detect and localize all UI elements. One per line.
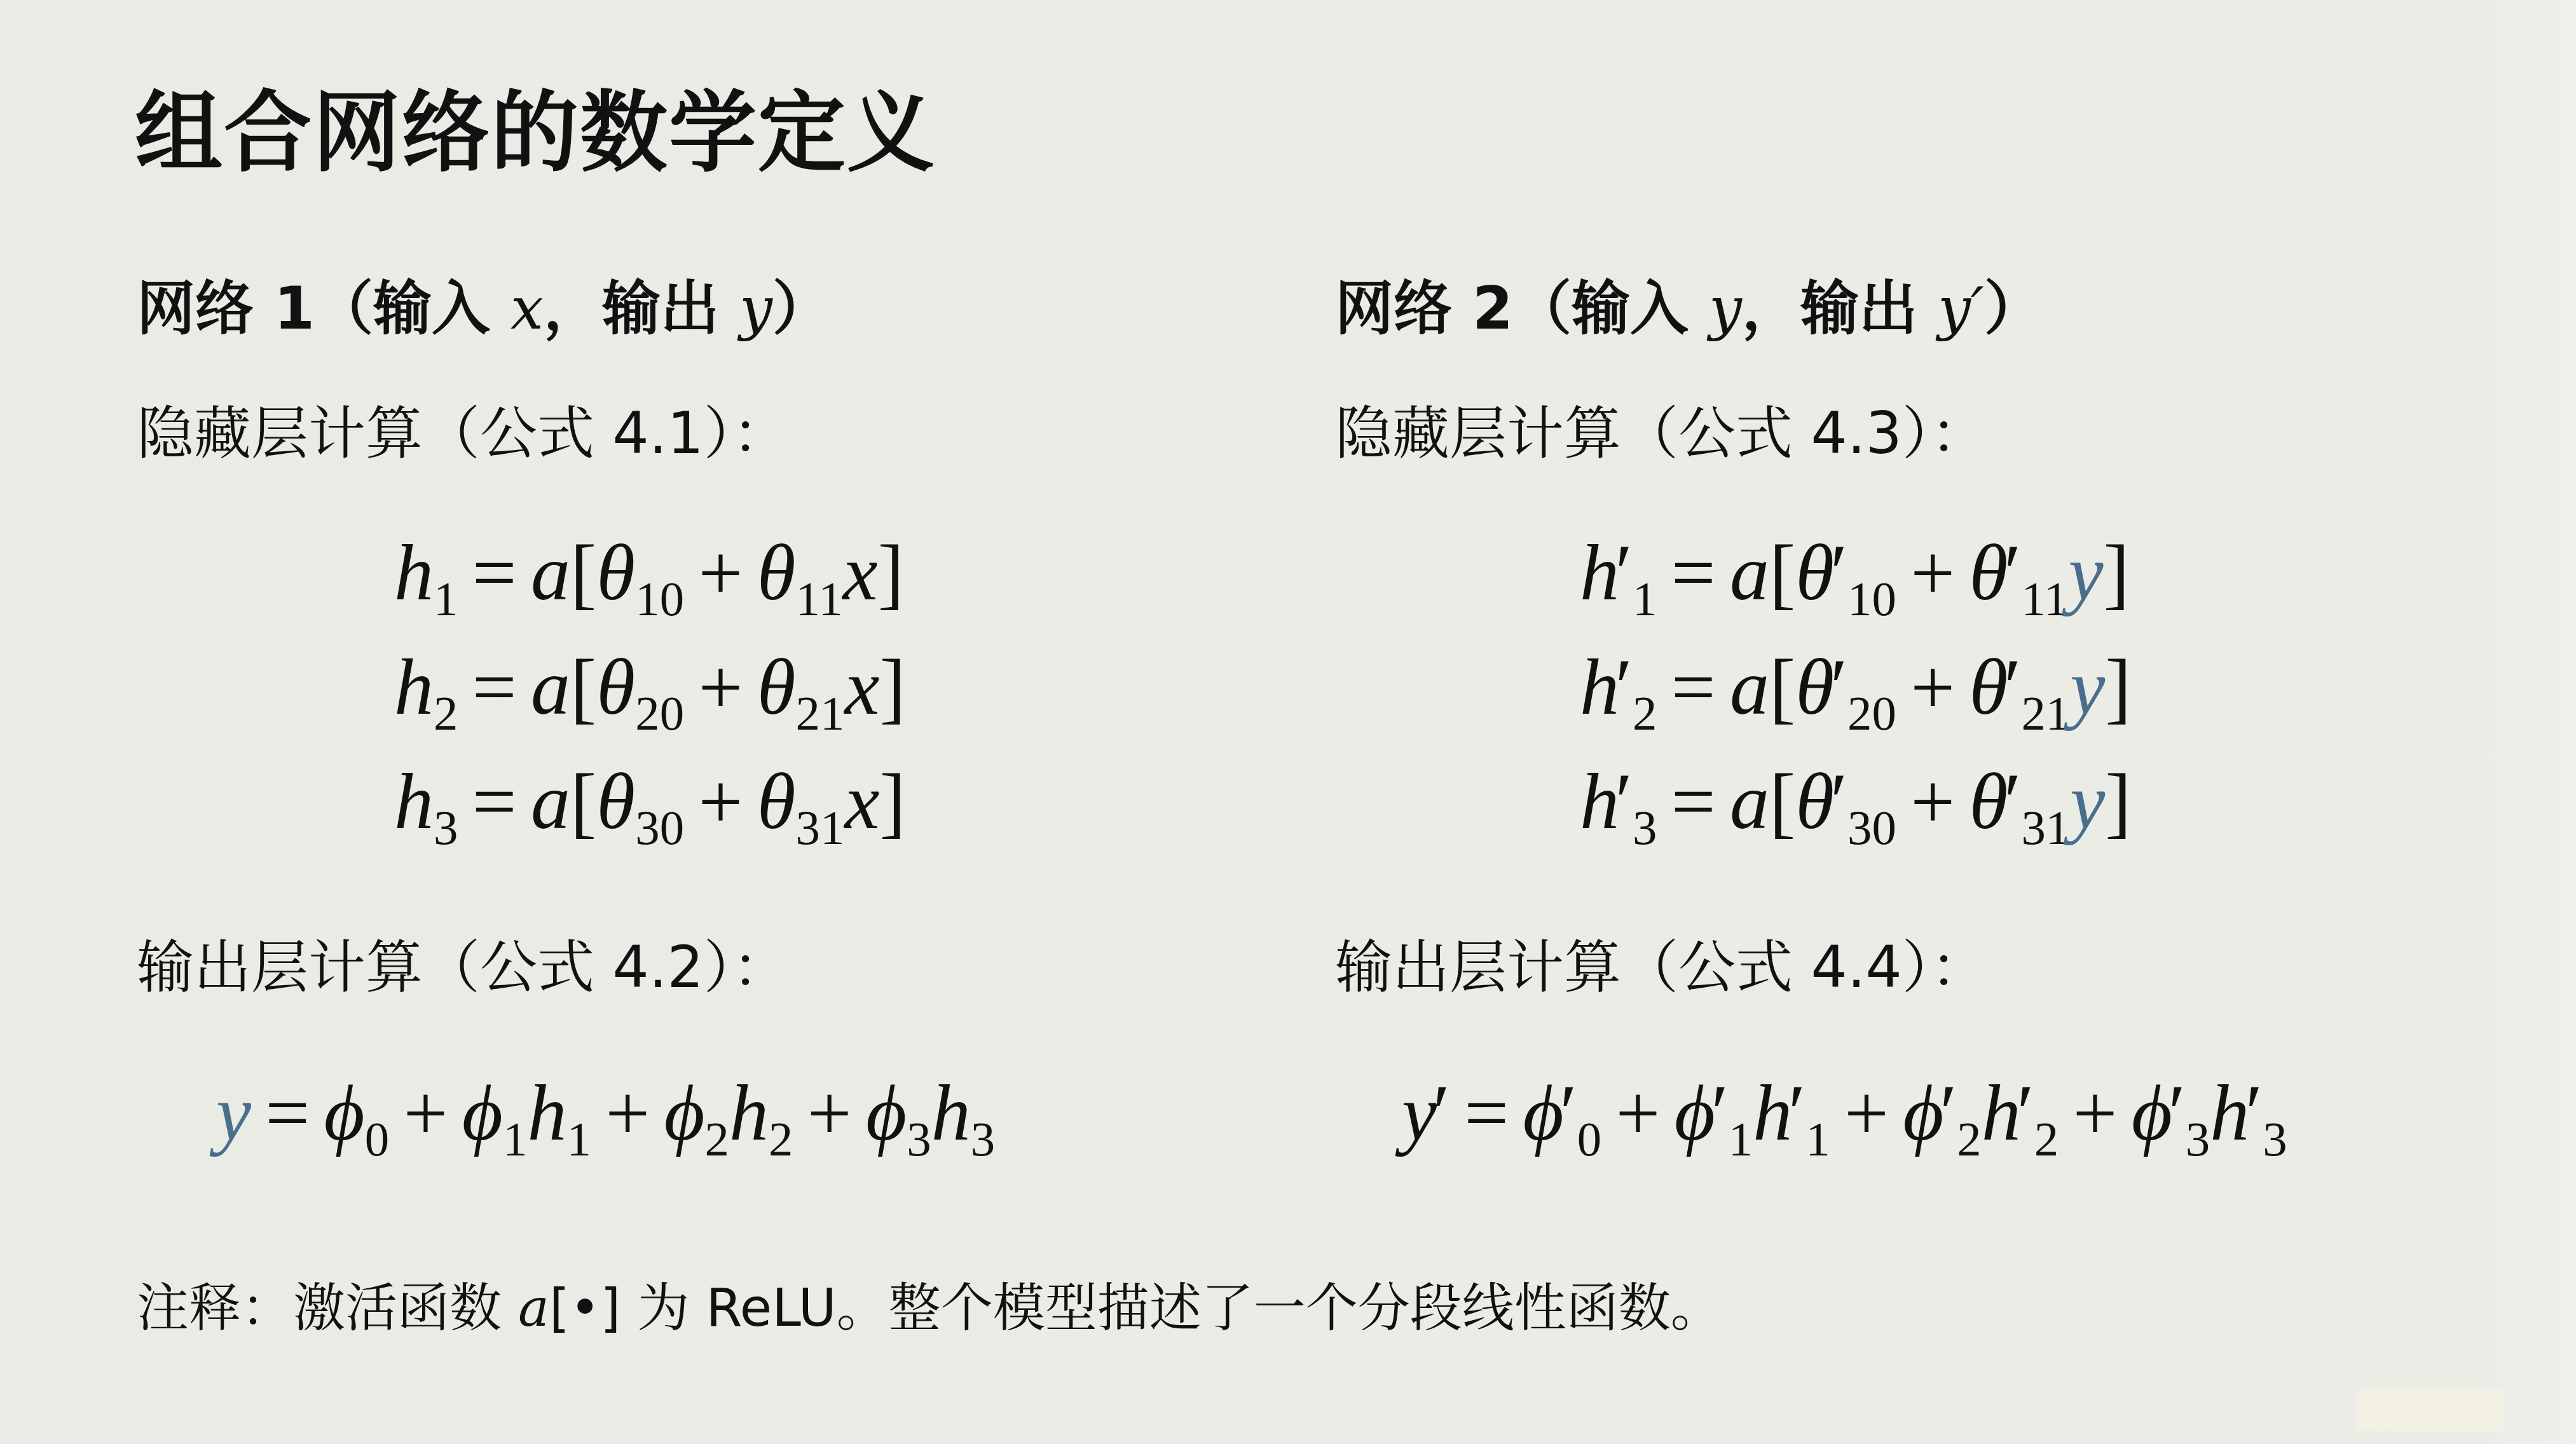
- plus-sign: +: [1830, 1070, 1903, 1157]
- bracket-close: ]: [878, 529, 904, 616]
- bracket-open: [: [570, 644, 596, 731]
- plus-sign: +: [1896, 529, 1970, 616]
- plus-sign: +: [2059, 1070, 2132, 1157]
- hidden-unit: h: [394, 644, 434, 731]
- equation-row: h1=a[θ10+θ11x]: [394, 534, 904, 613]
- plus-sign: +: [684, 529, 757, 616]
- slide-background: [0, 0, 2576, 1444]
- activation-func: a: [518, 1278, 549, 1338]
- subscript: 2: [769, 1112, 793, 1166]
- output-weight: ϕ: [1903, 1070, 1943, 1157]
- prime-mark: ′: [1830, 529, 1847, 616]
- subscript: 1: [434, 572, 458, 626]
- equals-sign: =: [1450, 1070, 1523, 1157]
- subscript: 20: [635, 686, 684, 740]
- subscript: 2: [1633, 686, 1657, 740]
- network2-output-label: 输出层计算（公式 4.4）：: [1335, 939, 1988, 997]
- hidden-unit: h: [527, 1070, 566, 1157]
- subscript: 1: [503, 1112, 527, 1166]
- network1-header: 网络 1（输入 x，输出 y）: [137, 280, 831, 338]
- subscript: 2: [705, 1112, 729, 1166]
- equation-row: h′3=a[θ′30+θ′31y]: [1580, 763, 2132, 841]
- equals-sign: =: [458, 644, 531, 731]
- output-var: y: [1402, 1070, 1437, 1157]
- prime-mark: ′: [1788, 1070, 1805, 1157]
- output-weight: ϕ: [1675, 1070, 1715, 1157]
- subscript: 1: [1633, 572, 1657, 626]
- subscript: 2: [434, 686, 458, 740]
- input-var: x: [510, 275, 544, 343]
- equation-row: h′1=a[θ′10+θ′11y]: [1580, 534, 2130, 613]
- subscript: 10: [1847, 572, 1896, 626]
- subscript: 20: [1847, 686, 1896, 740]
- subscript: 31: [2021, 801, 2070, 855]
- activation-func: a: [1730, 529, 1769, 616]
- prime-mark: ′: [1940, 1070, 1957, 1157]
- bias-param: θ: [1795, 758, 1834, 845]
- bias-param: θ: [596, 644, 635, 731]
- hidden-unit: h: [1580, 644, 1619, 731]
- subscript: 21: [796, 686, 845, 740]
- output-weight: ϕ: [866, 1070, 907, 1157]
- bias-param: θ: [1795, 529, 1834, 616]
- output-weight: ϕ: [1523, 1070, 1564, 1157]
- prime-mark: ′: [2004, 758, 2021, 845]
- equation-row: h3=a[θ30+θ31x]: [394, 763, 906, 841]
- prime-mark: ′: [2017, 1070, 2034, 1157]
- subscript: 30: [635, 801, 684, 855]
- bracket-close: ]: [879, 644, 905, 731]
- network1-hidden-label: 隐藏层计算（公式 4.1）：: [137, 405, 790, 463]
- subscript: 3: [907, 1112, 931, 1166]
- plus-sign: +: [1896, 758, 1970, 845]
- input-var: y: [2070, 644, 2105, 731]
- prime-mark: ′: [2168, 1070, 2186, 1157]
- page-title: 组合网络的数学定义: [135, 89, 936, 177]
- plus-sign: +: [684, 644, 757, 731]
- prime-mark: ′: [2004, 644, 2021, 731]
- output-weight: ϕ: [324, 1070, 365, 1157]
- activation-func: a: [1730, 644, 1769, 731]
- equals-sign: =: [458, 529, 531, 616]
- activation-func: a: [531, 644, 570, 731]
- network2-output-equation: y′=ϕ′0+ϕ′1h′1+ϕ′2h′2+ϕ′3h′3: [1402, 1074, 2287, 1153]
- hidden-unit: h: [394, 529, 434, 616]
- plus-sign: +: [1601, 1070, 1675, 1157]
- footnote: 注释：激活函数 a[•] 为 ReLU。整个模型描述了一个分段线性函数。: [137, 1283, 1723, 1335]
- bracket-open: [: [1769, 644, 1795, 731]
- subscript: 30: [1847, 801, 1896, 855]
- plus-sign: +: [684, 758, 757, 845]
- subscript: 1: [566, 1112, 591, 1166]
- equals-sign: =: [251, 1070, 324, 1157]
- network1-output-equation: y=ϕ0+ϕ1h1+ϕ2h2+ϕ3h3: [216, 1074, 995, 1153]
- subscript: 3: [2263, 1112, 2287, 1166]
- weight-param: θ: [757, 644, 796, 731]
- network2-hidden-label: 隐藏层计算（公式 4.3）：: [1335, 405, 1988, 463]
- subscript: 0: [1577, 1112, 1601, 1166]
- bracket-close: ]: [2105, 758, 2131, 845]
- corner-patch: [2357, 1389, 2504, 1431]
- bracket-close: ]: [2103, 529, 2129, 616]
- subscript: 11: [2021, 572, 2068, 626]
- output-weight: ϕ: [462, 1070, 503, 1157]
- equation-row: h′2=a[θ′20+θ′21y]: [1580, 648, 2132, 727]
- hidden-unit: h: [1580, 758, 1619, 845]
- prime-mark: ′: [1830, 644, 1847, 731]
- hidden-unit: h: [394, 758, 434, 845]
- equals-sign: =: [458, 758, 531, 845]
- subscript: 2: [2034, 1112, 2059, 1166]
- output-var: y: [739, 275, 772, 343]
- output-weight: ϕ: [664, 1070, 704, 1157]
- input-var: x: [843, 529, 878, 616]
- weight-param: θ: [1970, 529, 2008, 616]
- equals-sign: =: [1657, 644, 1730, 731]
- weight-param: θ: [757, 758, 796, 845]
- weight-param: θ: [1970, 644, 2008, 731]
- prime-mark: ′: [1433, 1070, 1450, 1157]
- subscript: 1: [1805, 1112, 1830, 1166]
- bias-param: θ: [1795, 644, 1834, 731]
- hidden-unit: h: [1982, 1070, 2021, 1157]
- activation-func: a: [531, 758, 570, 845]
- subscript: 11: [796, 572, 843, 626]
- network2-header: 网络 2（输入 y，输出 y′）: [1335, 280, 2043, 338]
- bracket-open: [: [570, 758, 596, 845]
- plus-sign: +: [793, 1070, 866, 1157]
- output-var: y: [216, 1070, 251, 1157]
- input-var: y: [2068, 529, 2103, 616]
- plus-sign: +: [591, 1070, 664, 1157]
- activation-func: a: [1730, 758, 1769, 845]
- equals-sign: =: [1657, 529, 1730, 616]
- bracket-close: ]: [2105, 644, 2131, 731]
- prime-mark: ′: [2004, 529, 2021, 616]
- equation-row: h2=a[θ20+θ21x]: [394, 648, 906, 727]
- bracket-open: [: [1769, 758, 1795, 845]
- subscript: 3: [971, 1112, 995, 1166]
- subscript: 1: [1729, 1112, 1753, 1166]
- weight-param: θ: [757, 529, 796, 616]
- input-var: x: [844, 758, 879, 845]
- subscript: 3: [434, 801, 458, 855]
- bracket-open: [: [570, 529, 596, 616]
- prime-mark: ′: [1615, 644, 1633, 731]
- subscript: 31: [796, 801, 845, 855]
- prime-mark: ′: [1615, 529, 1633, 616]
- activation-func: a: [531, 529, 570, 616]
- prime-mark: ′: [2245, 1070, 2263, 1157]
- input-var: x: [844, 644, 879, 731]
- prime-mark: ′: [1560, 1070, 1577, 1157]
- prime-mark: ′: [1615, 758, 1633, 845]
- output-var: y′: [1938, 275, 1984, 343]
- hidden-unit: h: [729, 1070, 769, 1157]
- hidden-unit: h: [1580, 529, 1619, 616]
- bias-param: θ: [596, 529, 635, 616]
- network1-output-label: 输出层计算（公式 4.2）：: [137, 939, 790, 997]
- bracket-open: [: [1769, 529, 1795, 616]
- weight-param: θ: [1970, 758, 2008, 845]
- hidden-unit: h: [931, 1070, 971, 1157]
- equals-sign: =: [1657, 758, 1730, 845]
- bracket-close: ]: [879, 758, 905, 845]
- input-var: y: [2070, 758, 2105, 845]
- subscript: 21: [2021, 686, 2070, 740]
- prime-mark: ′: [1711, 1070, 1729, 1157]
- prime-mark: ′: [1830, 758, 1847, 845]
- hidden-unit: h: [1753, 1070, 1792, 1157]
- output-weight: ϕ: [2132, 1070, 2172, 1157]
- subscript: 0: [365, 1112, 389, 1166]
- subscript: 3: [2186, 1112, 2210, 1166]
- bias-param: θ: [596, 758, 635, 845]
- input-var: y: [1709, 275, 1742, 343]
- plus-sign: +: [389, 1070, 462, 1157]
- subscript: 3: [1633, 801, 1657, 855]
- subscript: 2: [1957, 1112, 1981, 1166]
- subscript: 10: [635, 572, 684, 626]
- hidden-unit: h: [2210, 1070, 2249, 1157]
- plus-sign: +: [1896, 644, 1970, 731]
